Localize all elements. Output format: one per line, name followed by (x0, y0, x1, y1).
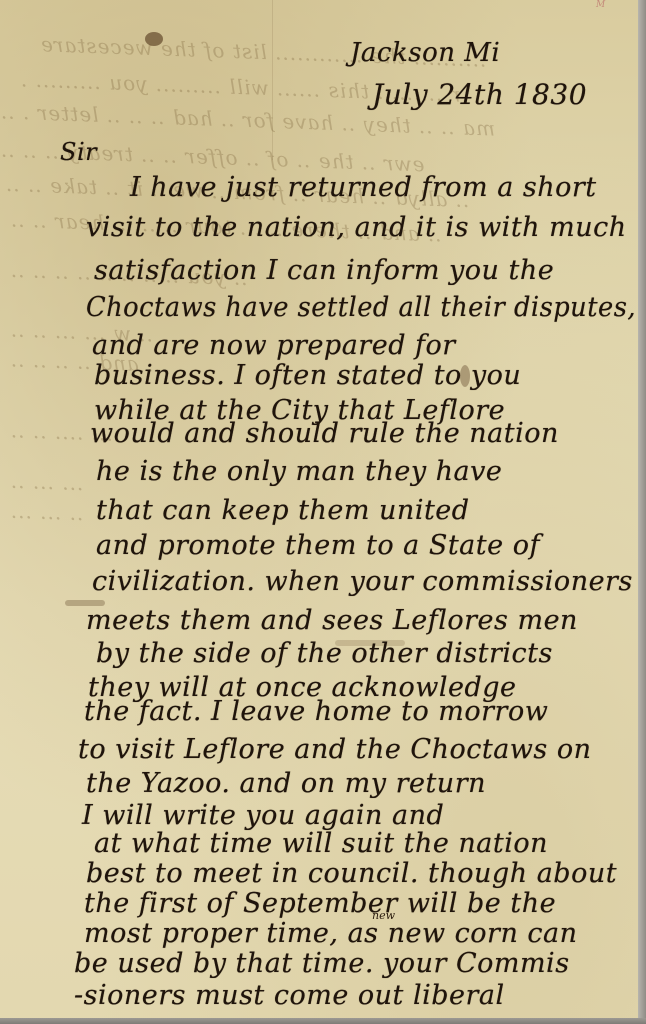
scan-edge-right (638, 0, 646, 1024)
letter-salutation: Sir (60, 138, 97, 166)
letter-line: that can keep them united (96, 495, 470, 526)
bleed-through-text: .. ... ... (10, 499, 84, 526)
letter-line: and promote them to a State of (96, 530, 540, 561)
letter-page: M .......... the ............ list of th… (0, 0, 638, 1018)
letter-line: would and should rule the nation (90, 418, 559, 449)
letter-line: I will write you again and (82, 800, 444, 831)
letter-line: to visit Leflore and the Choctaws on (78, 734, 591, 765)
ink-blot (145, 32, 163, 46)
interlinear-insert: new (372, 909, 395, 922)
letter-line: -sioners must come out liberal (74, 980, 505, 1011)
letter-line: he is the only man they have (96, 456, 502, 487)
scan-edge-bottom (0, 1018, 646, 1024)
letter-place: Jackson Mi (350, 38, 500, 68)
letter-line: Choctaws have settled all their disputes… (86, 292, 636, 323)
letter-line: the Yazoo. and on my return (86, 768, 486, 799)
letter-line: civilization. when your commissioners (92, 566, 633, 597)
bleed-through-text: ... ... .. (10, 469, 84, 496)
letter-line: by the side of the other districts (96, 638, 553, 669)
letter-line: the fact. I leave home to morrow (84, 696, 548, 727)
letter-line: visit to the nation, and it is with much (86, 212, 627, 243)
letter-line: business. I often stated to you (94, 360, 521, 391)
archive-corner-mark: M (596, 0, 605, 10)
letter-line: be used by that time. your Commis (74, 948, 570, 979)
letter-line: meets them and sees Leflores men (86, 605, 578, 636)
letter-line: best to meet in council. though about (86, 858, 617, 889)
letter-date: July 24th 1830 (372, 78, 587, 111)
letter-line: the first of September will be the (84, 888, 556, 919)
letter-line: satisfaction I can inform you the (94, 255, 554, 286)
letter-line: and are now prepared for (92, 330, 456, 361)
letter-line: I have just returned from a short (130, 172, 597, 203)
letter-line: at what time will suit the nation (94, 828, 548, 859)
letter-line: most proper time, as new corn can (84, 918, 578, 949)
